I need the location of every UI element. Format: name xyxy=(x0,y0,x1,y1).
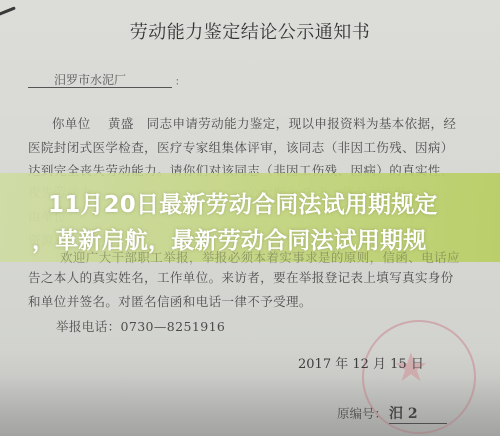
addressee-field: 汨罗市水泥厂 ： xyxy=(28,70,172,88)
official-seal xyxy=(362,320,476,434)
serial-number: 原编号：汨 2 xyxy=(337,403,447,424)
document-title: 劳动能力鉴定结论公示通知书 xyxy=(0,18,500,44)
body-line: 医院封闭式医学检查，医疗专家组集体评审，该同志（非因工伤残、因病） xyxy=(28,138,454,156)
headline-line-1: 11月20日最新劳动合同法试用期规定 xyxy=(48,186,500,219)
headline-line-2: ，革新启航，最新劳动合同法试用期规 xyxy=(32,222,500,255)
body-line: 和单位并签名。对匿名信函和电话一律不予受理。 xyxy=(28,292,312,310)
body-line: 你单位 黄盛 同志申请劳动能力鉴定，现以申报资料为基本依据，经 xyxy=(52,114,456,132)
document-photo: 劳动能力鉴定结论公示通知书 汨罗市水泥厂 ： 你单位 黄盛 同志申请劳动能力鉴定… xyxy=(0,0,500,436)
body-line: 告之本人的真实姓名，工作单位。来访者，要在举报登记表上填写真实身份 xyxy=(28,268,454,286)
addressee-name: 汨罗市水泥厂 xyxy=(54,71,126,88)
pen-mark xyxy=(0,6,16,16)
addressee-colon: ： xyxy=(175,73,185,88)
serial-value: 汨 2 xyxy=(389,403,447,424)
document-date: 2017 年 12 月 15 日 xyxy=(298,353,424,372)
hotline: 举报电话：0730—8251916 xyxy=(56,317,225,335)
serial-label: 原编号： xyxy=(337,406,387,421)
